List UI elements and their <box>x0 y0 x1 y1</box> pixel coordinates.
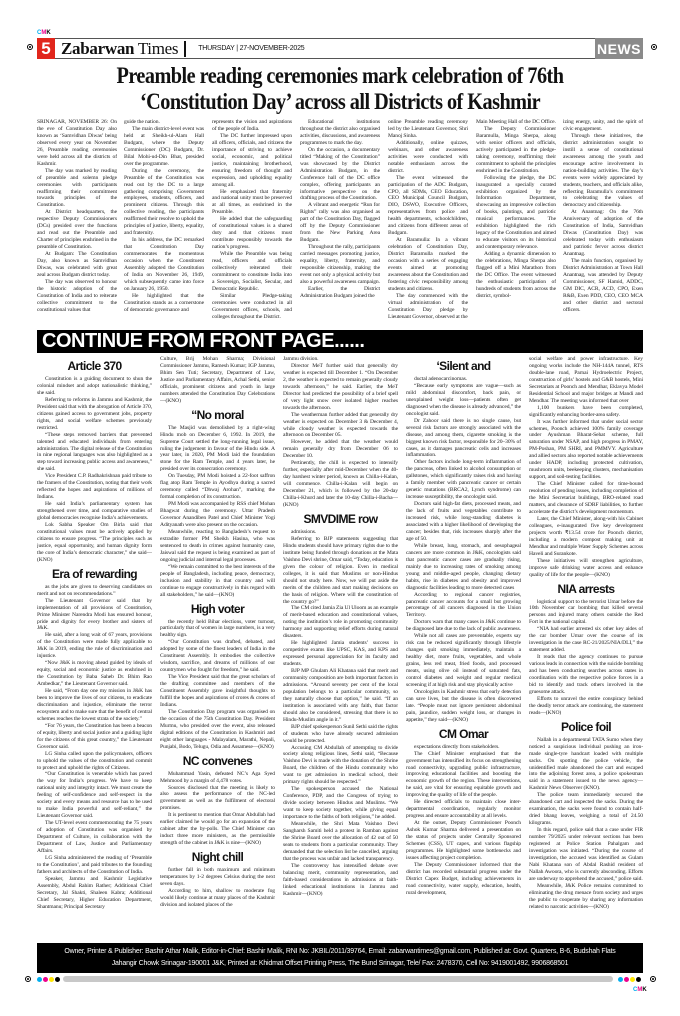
sub-headline-nia-arrests: NIA arrests <box>529 581 643 597</box>
paragraph: Additionally, online quizzes, webinars, … <box>388 140 468 175</box>
paragraph: It was further informed that under socia… <box>529 419 643 482</box>
gray-calibration-bar <box>63 976 613 982</box>
lead-story-column-5: online Preamble reading ceremony led by … <box>388 119 468 327</box>
imprint-line-2: Jahangir Chowk Srinagar-190001 J&K, Prin… <box>37 958 643 970</box>
paragraph: He said, “From day one my mission in J&K… <box>37 688 152 723</box>
sub-headline-silent-and: ‘Silent and <box>406 358 521 374</box>
paragraph: Through these initiatives, the district … <box>563 133 643 209</box>
paragraph: social welfare and power infrastructure.… <box>529 356 643 405</box>
brand-bold: Zabarwan <box>61 39 134 58</box>
paragraph: The spokesperson accused the National Co… <box>283 786 398 821</box>
paragraph: He highlighted that the Constitution sta… <box>124 293 204 314</box>
paragraph: Educational institutions throughout the … <box>300 119 380 147</box>
paragraph: Constitution is a guiding document to sh… <box>37 376 152 397</box>
paragraph: The Chief Minister emphasised that the g… <box>406 751 521 800</box>
paragraph: further fall in both maximum and minimum… <box>160 867 275 888</box>
paragraph: expectations directly from stakeholders. <box>406 744 521 751</box>
sub-headline-nc-convenes: NC convenes <box>160 753 275 769</box>
page-number: 5 <box>37 38 55 59</box>
paragraph: At Anantnag: On the 76th Anniversary of … <box>563 209 643 258</box>
paragraph: During the ceremony, the Preamble of the… <box>124 168 204 238</box>
paragraph: Adding a dynamic dimension to the celebr… <box>476 251 556 300</box>
magenta-swatch <box>624 977 629 982</box>
registration-mark-bottom-right <box>650 976 656 982</box>
cyan-swatch <box>37 977 42 982</box>
paragraph: The weatherman further added that genera… <box>283 412 398 440</box>
paragraph: SRINAGAR, NOVEMBER 26: On the eve of Con… <box>37 119 117 168</box>
lead-story-column-3: represents the vision and aspirations of… <box>212 119 292 327</box>
paragraph: The main district-level event was held a… <box>124 126 204 168</box>
paragraph: At Budgam: The Constitution Day, also kn… <box>37 251 117 279</box>
continued-column-1: Article 370 Constitution is a guiding do… <box>37 356 152 938</box>
paragraph: He said India’s parliamentary system has… <box>37 501 152 522</box>
paragraph: The CM cited Jamia Zia Ul Uloom as an ex… <box>283 605 398 640</box>
paragraph: Similar Pledge-taking ceremonies were co… <box>212 293 292 321</box>
continued-column-3: Jammu division. Director MeT further sai… <box>283 356 398 938</box>
paragraph: A vibrant and energetic “Run for Rights”… <box>300 202 380 244</box>
paragraph: “Our Constitution was drafted, debated, … <box>160 639 275 674</box>
section-tag: NEWS <box>595 38 643 59</box>
brand-divider <box>184 41 186 57</box>
sub-headline-police-foil: Police foil <box>529 719 643 735</box>
paragraph: BJP chief spokesperson Sunil Sethi said … <box>283 724 398 745</box>
paragraph: The Masjid was demolished by a right-win… <box>160 425 275 474</box>
publisher-imprint-footer: Owner, Printer & Publisher: Bashir Athar… <box>37 943 643 973</box>
paragraph: logistical support to the terrorist Umar… <box>529 599 643 627</box>
paragraph: The Lieutenant Governor said that by imp… <box>37 598 152 633</box>
paragraph: The day was observed to honour the histo… <box>37 279 117 314</box>
paragraph: as the jobs are given to deserving candi… <box>37 584 152 598</box>
sub-headline-era-of-rewarding: Era of rewarding <box>37 566 152 582</box>
brand-thin: Times <box>134 39 178 58</box>
paragraph: The UT-level event commemorating the 75 … <box>37 820 152 855</box>
paragraph: Main Meeting Hall of the DC Office. <box>476 119 556 126</box>
paragraph: Meanwhile, reacting to Bangladesh’s requ… <box>160 529 275 564</box>
paragraph: “We remain committed to the best interes… <box>160 564 275 599</box>
registration-mark-top-left <box>27 44 33 50</box>
cmyk-mark-bottom: CMK <box>633 987 647 993</box>
paragraph: Director MeT further said that generally… <box>283 363 398 412</box>
paragraph: The Deputy Commissioner informed that th… <box>406 862 521 897</box>
paragraph: ductal adenocarcinomas. <box>406 376 521 383</box>
black-swatch <box>55 977 60 982</box>
paragraph: Following the pledge, the DC inaugurated… <box>476 175 556 251</box>
cmyk-mark-top: CMK <box>37 30 51 36</box>
imprint-line-1: Owner, Printer & Publisher: Bashir Athar… <box>37 946 643 958</box>
paragraph: While not all cases are preventable, exp… <box>406 633 521 689</box>
paragraph: The DC further impressed upon all office… <box>212 133 292 189</box>
registration-mark-bottom-left <box>25 976 31 982</box>
paragraph: The main function, organised by District… <box>563 258 643 314</box>
paragraph: In his address, the DC remarked that Con… <box>124 237 204 293</box>
lead-story-column-6: Main Meeting Hall of the DC Office. The … <box>476 119 556 327</box>
sub-headline-night-chill: Night chill <box>160 849 275 865</box>
yellow-swatch <box>630 977 635 982</box>
paragraph: Meanwhile, the Shri Mata Vaishno Devi Sa… <box>283 821 398 863</box>
dateline: THURSDAY | 27-NOVEMBER-2025 <box>198 45 304 52</box>
sub-headline-smvdime-row: SMVDIME row <box>283 511 398 527</box>
registration-mark-top-right <box>651 44 657 50</box>
lead-story-column-7: izing energy, unity, and the spirit of c… <box>563 119 643 327</box>
paragraph: Nallah in a departmental TATA Sumo when … <box>529 737 643 793</box>
paragraph: The event witnessed the participation of… <box>388 175 468 238</box>
paragraph: According to him, shallow to moderate fo… <box>160 888 275 909</box>
paragraph: The Deputy Commissioner Baramulla, Minga… <box>476 126 556 175</box>
paragraph: Meanwhile, J&K Police remains committed … <box>529 883 643 911</box>
paragraph: He added that the safeguarding of consti… <box>212 216 292 251</box>
paragraph: At the outset, Deputy Commissioner Poonc… <box>406 820 521 862</box>
paragraph: The day was marked by reading of preambl… <box>37 168 117 210</box>
paragraph: Efforts to unravel the entire conspiracy… <box>529 696 643 717</box>
paragraph: However, he added that the weather would… <box>283 439 398 460</box>
lead-story-column-4: Educational institutions throughout the … <box>300 119 380 327</box>
lead-story-column-2: guide the nation. The main district-leve… <box>124 119 204 327</box>
paragraph: izing energy, unity, and the spirit of c… <box>563 119 643 133</box>
continued-column-5: social welfare and power infrastructure.… <box>529 356 643 938</box>
paragraph: Vice President C.P. Radhakrishnan paid t… <box>37 473 152 501</box>
lead-story-column-1: SRINAGAR, NOVEMBER 26: On the eve of Con… <box>37 119 117 327</box>
paragraph: LG Sinha called upon the policymakers, o… <box>37 751 152 772</box>
paragraph: These initiatives will strengthen agricu… <box>529 558 643 579</box>
newspaper-brand: Zabarwan Times <box>61 39 178 59</box>
paragraph: The controversy has intensified debate o… <box>283 863 398 898</box>
paragraph: Muhammad Yasin, defeated NC’s Aga Syed M… <box>160 771 275 785</box>
paragraph: BJP MP Ghulam Ali Khatana said that meri… <box>283 668 398 724</box>
paragraph: The Constitution Day program was organis… <box>160 709 275 751</box>
paragraph: He highlighted Jamia students’ success i… <box>283 640 398 668</box>
paragraph: Earlier, the District Administration Bud… <box>300 286 380 300</box>
paragraph: admissions. <box>283 529 398 536</box>
paragraph: “Now J&K is moving ahead guided by ideal… <box>37 660 152 688</box>
sub-headline-article-370: Article 370 <box>37 358 152 374</box>
paragraph: He directed officials to maintain close … <box>406 799 521 820</box>
paragraph: He said, after a long wait of 67 years, … <box>37 632 152 660</box>
paragraph: 1,100 bunkers have been completed, signi… <box>529 405 643 419</box>
cmyk-k: K <box>46 30 50 36</box>
paragraph: Doctors warn that many cases in J&K cont… <box>406 619 521 633</box>
sub-headline-high-voter: High voter <box>160 601 275 617</box>
paragraph: Dr Zahoor said there is no single cause,… <box>406 418 521 460</box>
sub-headline-no-moral: “No moral <box>160 407 275 423</box>
paragraph: Throughout the rally, participants carri… <box>300 244 380 286</box>
continued-column-2: Culture, Brij Mohan Sharma; Divisional C… <box>160 356 275 938</box>
paragraph: He emphasized that fraternity and nation… <box>212 189 292 217</box>
paragraph: Other factors include long-term inflamma… <box>406 459 521 501</box>
sub-headline-cm-omar: CM Omar <box>406 726 521 742</box>
paragraph: “Our Constitution is venerable which has… <box>37 771 152 820</box>
paragraph: PM Modi was accompanied by RSS chief Moh… <box>160 501 275 529</box>
paragraph: “Because early symptoms are vague—such a… <box>406 383 521 418</box>
paragraph: While breast, lung, stomach, and oesopha… <box>406 543 521 592</box>
black-swatch <box>636 977 641 982</box>
paragraph: Culture, Brij Mohan Sharma; Divisional C… <box>160 356 275 405</box>
paragraph: The police team immediately secured the … <box>529 792 643 827</box>
paragraph: While the Preamble was being read, offic… <box>212 251 292 293</box>
magenta-swatch <box>43 977 48 982</box>
continue-from-front-page-banner: CONTINUE FROM FRONT PAGE...... <box>37 330 643 353</box>
paragraph: “These steps removed barriers that preve… <box>37 432 152 474</box>
paragraph: online Preamble reading ceremony led by … <box>388 119 468 140</box>
paragraph: Referring to reforms in Jammu and Kashmi… <box>37 397 152 432</box>
paragraph: On the occasion, a documentary titled “M… <box>300 147 380 203</box>
paragraph: According to regional cancer registries,… <box>406 592 521 620</box>
masthead: 5 Zabarwan Times THURSDAY | 27-NOVEMBER-… <box>37 38 643 59</box>
paragraph: Pertinently, the chill is expected to in… <box>283 460 398 509</box>
paragraph: Jammu division. <box>283 356 398 363</box>
paragraph: On Tuesday, PM Modi hoisted a 22-foot sa… <box>160 473 275 501</box>
color-calibration-left <box>37 976 60 982</box>
paragraph: Doctors said high-fat diets, processed m… <box>406 501 521 543</box>
paragraph: At Baramulla: In a vibrant celebration o… <box>388 237 468 293</box>
paragraph: Speaker, Jammu and Kashmir Legislative A… <box>37 876 152 911</box>
paragraph: The day commenced with the virtual admin… <box>388 293 468 321</box>
cyan-swatch <box>618 977 623 982</box>
paragraph: The Vice President said that the great s… <box>160 674 275 709</box>
continued-column-4: ‘Silent and ductal adenocarcinomas. “Bec… <box>406 356 521 938</box>
paragraph: Accusing CM Abdullah of attempting to di… <box>283 745 398 787</box>
paragraph: At District headquarters, the respective… <box>37 209 117 251</box>
paragraph: represents the vision and aspirations of… <box>212 119 292 133</box>
paragraph: Later, the Chief Minister, along-with hi… <box>529 516 643 558</box>
paragraph: It reads that the agency continues to pu… <box>529 654 643 696</box>
page-headline: Preamble reading ceremonies mark celebra… <box>76 63 604 115</box>
paragraph: It is pertinent to mention that Omar Abd… <box>160 812 275 847</box>
color-calibration-right <box>618 976 641 982</box>
paragraph: In this regard, police said that a case … <box>529 827 643 883</box>
paragraph: The Chief Minister called for time-bound… <box>529 481 643 516</box>
paragraph: guide the nation. <box>124 119 204 126</box>
cmyk-k: K <box>642 987 646 993</box>
paragraph: LG Sinha administered the reading of ‘Pr… <box>37 855 152 876</box>
paragraph: Lok Sabha Speaker Om Birla said that con… <box>37 522 152 564</box>
paragraph: Referring to BJP statements suggesting t… <box>283 536 398 606</box>
paragraph: Sources disclosed that the meeting is li… <box>160 785 275 813</box>
paragraph: the recently held Bihar elections, voter… <box>160 619 275 640</box>
paragraph: “For 76 years, the Constitution has been… <box>37 723 152 751</box>
paragraph: Oncologists in Kashmir stress that early… <box>406 689 521 724</box>
yellow-swatch <box>49 977 54 982</box>
paragraph: “NIA had earlier arrested six other key … <box>529 626 643 654</box>
